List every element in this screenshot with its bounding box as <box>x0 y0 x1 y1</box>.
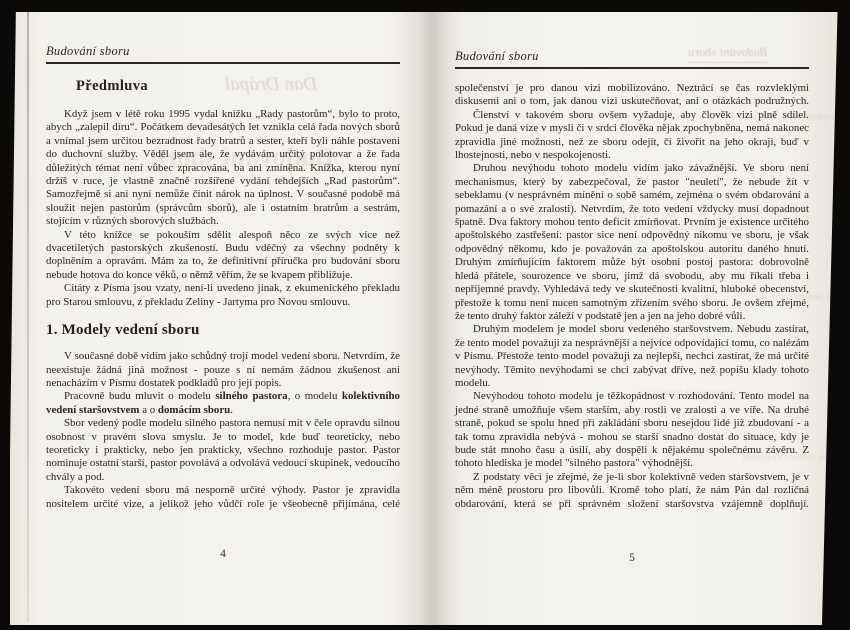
section-heading: 1. Modely vedení sboru <box>46 322 400 339</box>
scan-border-top <box>0 0 850 12</box>
body-paragraph: Z podstaty věci je zřejmé, že je-li sbor… <box>455 471 809 511</box>
paragraph-text: Pracovně budu mluvit o modelu <box>64 390 215 402</box>
gutter-shadow <box>396 11 464 626</box>
running-head: Budování sboru <box>455 49 809 69</box>
body-paragraph: Takovéto vedení sboru má nesporně určité… <box>46 484 400 511</box>
page-number-right: 5 <box>455 552 809 564</box>
book-scan: Dan Drápal Budování sboru Budování sboru… <box>0 0 850 630</box>
body-paragraph: V současné době vidím jako schůdný trojí… <box>46 350 400 390</box>
body-paragraph: V této knížce se pokouším sdělit alespoň… <box>46 229 400 283</box>
paragraph-text: a o <box>139 404 157 416</box>
body-paragraph: Citáty z Písma jsou vzaty, není-li uvede… <box>46 282 400 309</box>
body-paragraph: Když jsem v létě roku 1995 vydal knížku … <box>46 108 400 229</box>
body-paragraph: Nevýhodou tohoto modelu je těžkopádnost … <box>455 390 809 470</box>
right-page: Budování sboru společenství je pro danou… <box>455 49 809 511</box>
bold-term: domácím sboru <box>158 404 230 416</box>
body-paragraph: společenství je pro danou vizi mobilizov… <box>455 82 809 109</box>
chapter-heading: Předmluva <box>76 78 400 95</box>
scan-border-bottom <box>0 625 850 630</box>
body-paragraph: Druhým modelem je model sboru vedeného s… <box>455 323 809 390</box>
bold-term: silného pastora <box>215 390 287 402</box>
paragraph-text: , o modelu <box>288 390 342 402</box>
page-number-left: 4 <box>46 548 400 560</box>
body-paragraph: Sbor vedený podle modelu silného pastora… <box>46 417 400 484</box>
page-edge-line <box>27 12 29 622</box>
body-paragraph: Členství v takovém sboru ovšem vyžaduje,… <box>455 109 809 163</box>
left-page: Budování sboru Předmluva Když jsem v lét… <box>46 44 400 511</box>
paragraph-text: . <box>230 404 233 416</box>
running-head: Budování sboru <box>46 44 400 64</box>
body-paragraph: Druhou nevýhodu tohoto modelu vidím jako… <box>455 162 809 323</box>
body-paragraph: Pracovně budu mluvit o modelu silného pa… <box>46 390 400 417</box>
